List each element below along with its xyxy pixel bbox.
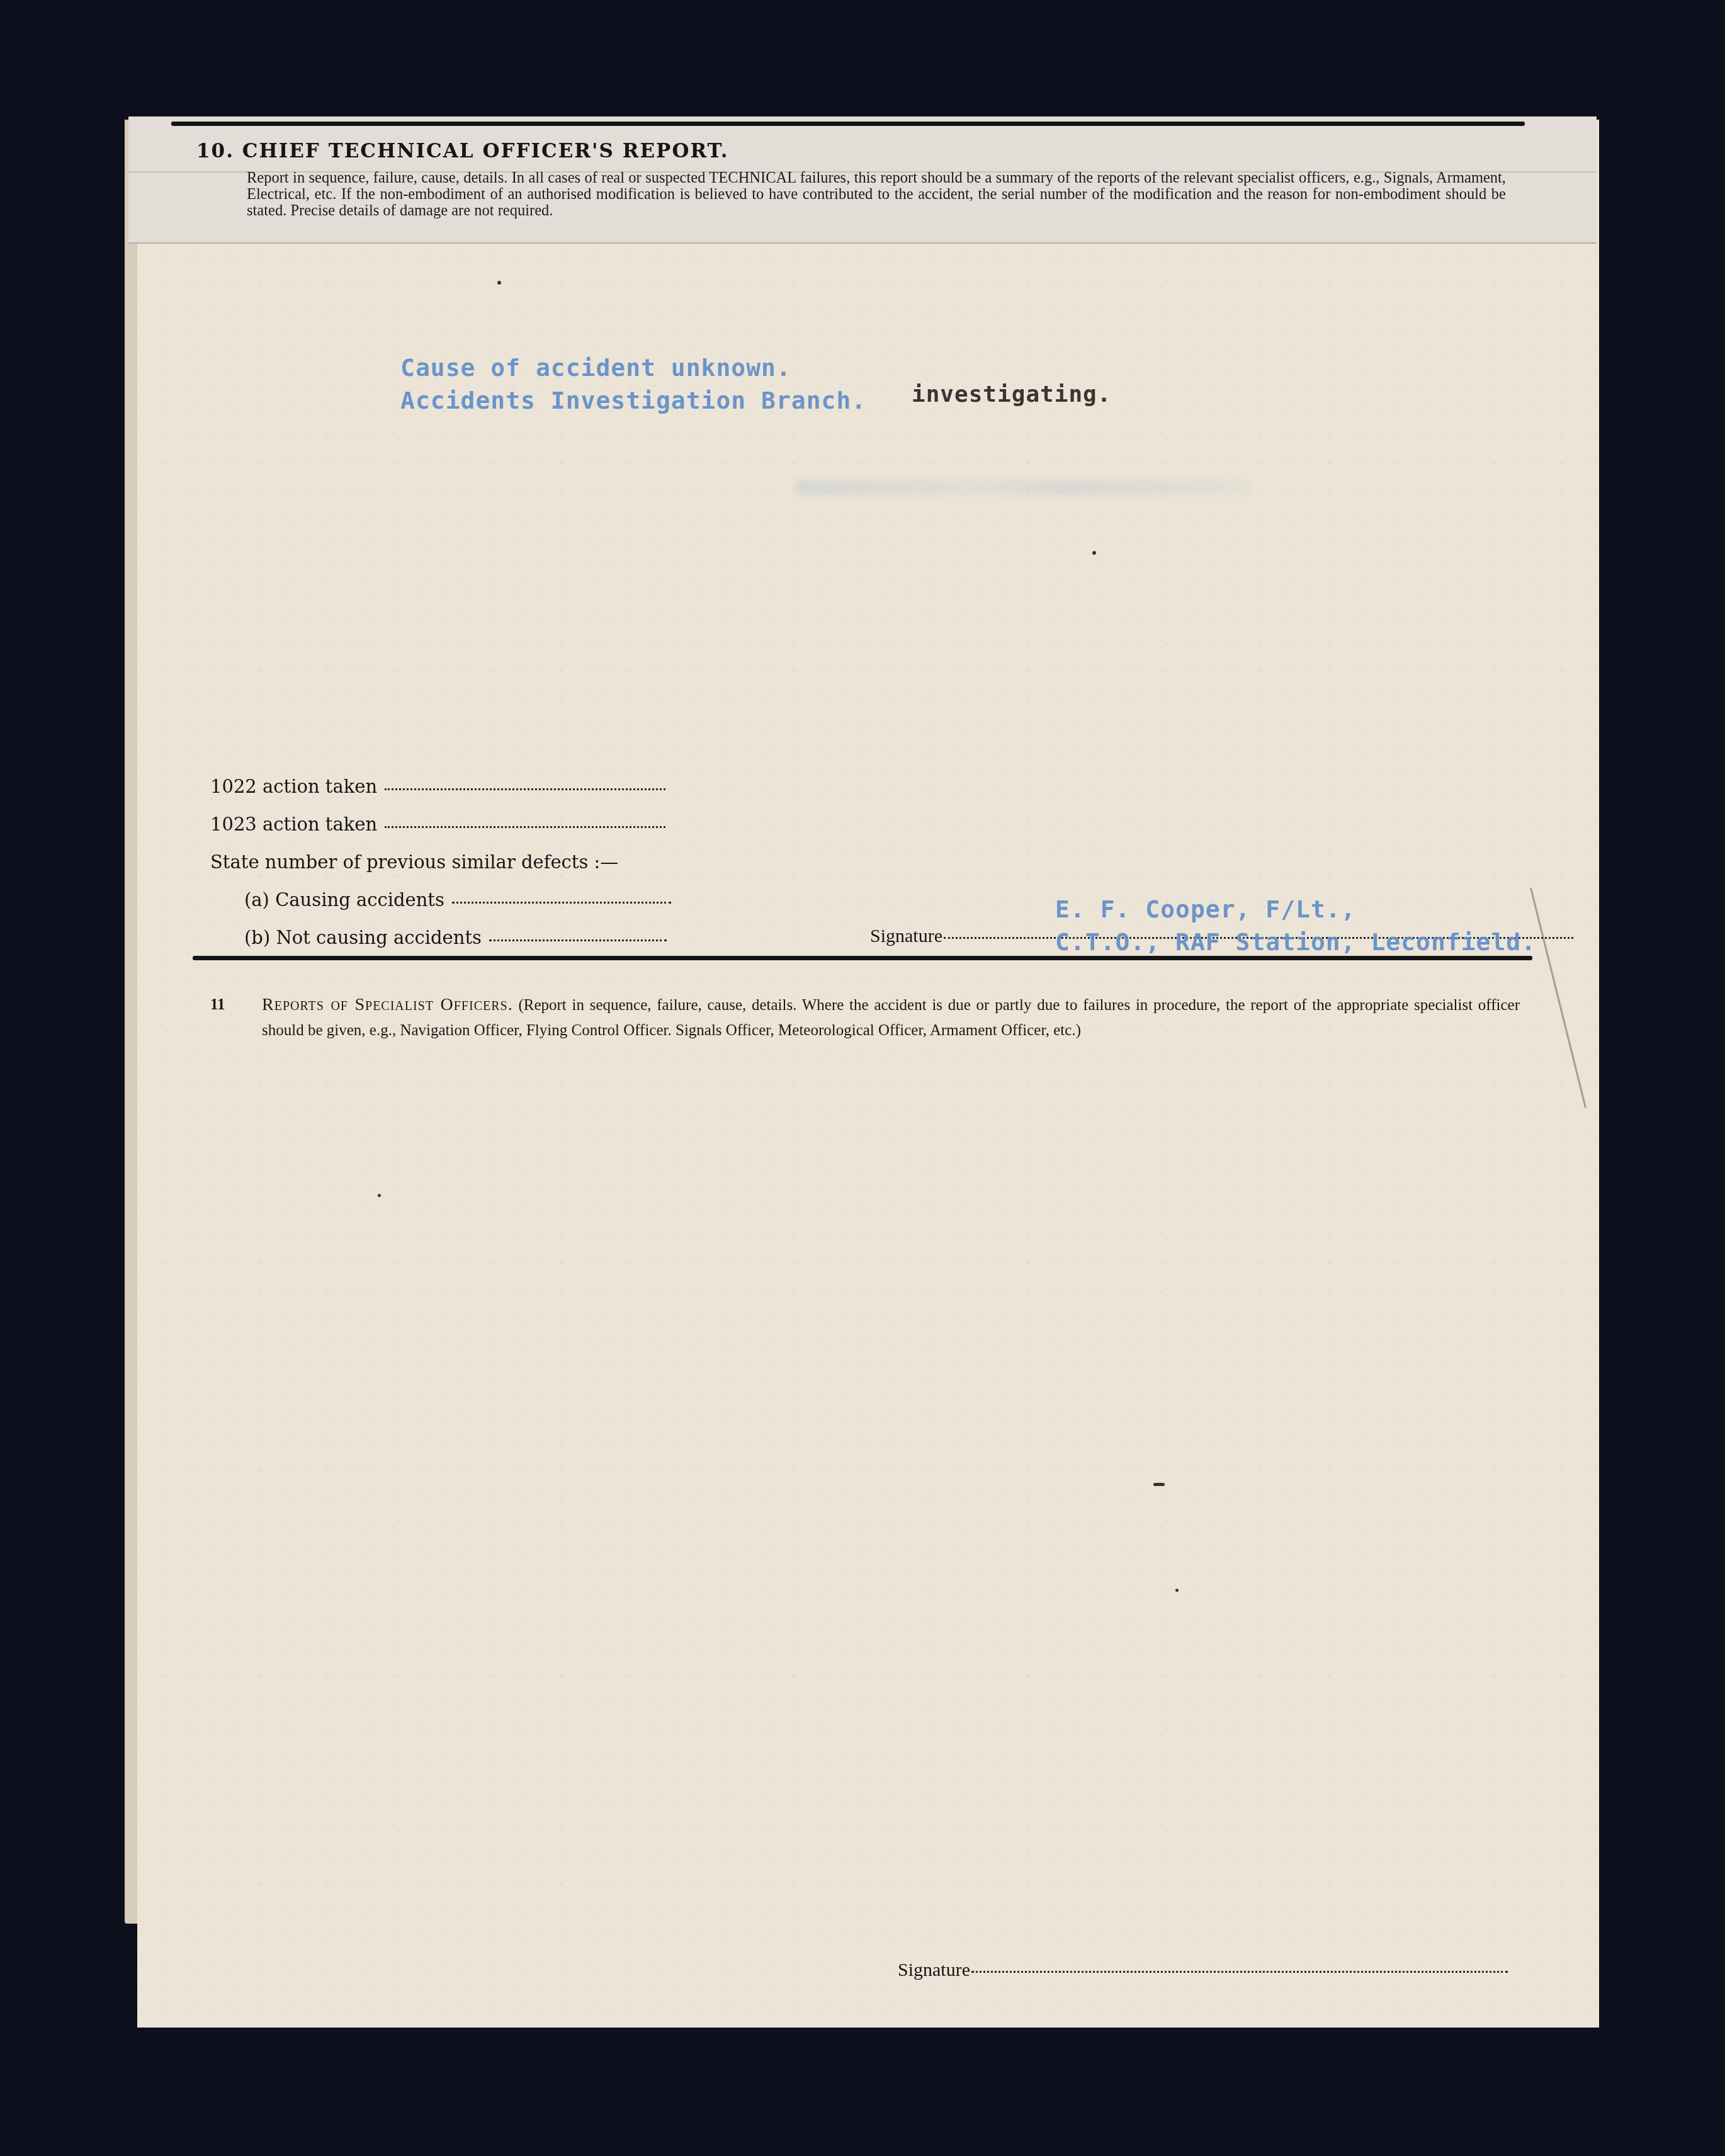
- field-1022-label: 1022 action taken: [210, 776, 377, 797]
- field-causing-accidents[interactable]: (a) Causing accidents: [244, 889, 671, 911]
- section-10-number: 10.: [196, 140, 234, 162]
- field-1023-action[interactable]: 1023 action taken: [210, 814, 665, 835]
- field-1022-input[interactable]: [385, 788, 665, 790]
- typed-cause-line: Cause of accident unknown.: [400, 354, 791, 382]
- signature-label: Signature: [870, 926, 942, 947]
- section-10-instructions: Report in sequence, failure, cause, deta…: [247, 170, 1506, 219]
- paper-speck: [1175, 1589, 1179, 1592]
- not-causing-accidents-input[interactable]: [489, 939, 667, 941]
- causing-accidents-input[interactable]: [452, 902, 671, 904]
- signature-line-2[interactable]: [971, 1971, 1508, 1973]
- causing-accidents-label: (a) Causing accidents: [244, 889, 444, 911]
- paper-speck: [378, 1194, 381, 1197]
- section-10-title: 10. CHIEF TECHNICAL OFFICER'S REPORT.: [196, 140, 728, 162]
- section-11-heading: Reports of Specialist Officers.: [262, 995, 513, 1014]
- faded-erased-typing: [796, 480, 1250, 495]
- section-10-heading: CHIEF TECHNICAL OFFICER'S REPORT.: [242, 140, 729, 162]
- signature-label-2: Signature: [898, 1960, 970, 1981]
- section-divider-rule: [193, 956, 1532, 960]
- not-causing-accidents-label: (b) Not causing accidents: [244, 927, 482, 948]
- paper-speck: [497, 281, 501, 285]
- top-rule: [171, 122, 1525, 126]
- typed-signatory-title: C.T.O., RAF Station, Leconfield.: [1055, 928, 1536, 956]
- section-11-number: 11: [210, 992, 225, 1018]
- field-1023-input[interactable]: [385, 826, 665, 828]
- form-page: [137, 120, 1599, 2028]
- section-11-signature[interactable]: Signature: [898, 1960, 1508, 1981]
- field-not-causing-accidents[interactable]: (b) Not causing accidents: [244, 927, 667, 948]
- paper-speck: [1092, 551, 1096, 555]
- field-1023-label: 1023 action taken: [210, 814, 377, 835]
- typed-investigating: investigating.: [912, 382, 1111, 407]
- section-11: 11 Reports of Specialist Officers. (Repo…: [210, 992, 1520, 1043]
- typed-aib-line: Accidents Investigation Branch.: [400, 387, 866, 414]
- paper-speck: [1153, 1483, 1165, 1486]
- typed-signatory-name: E. F. Cooper, F/Lt.,: [1055, 895, 1356, 923]
- section-11-text: Reports of Specialist Officers. (Report …: [262, 992, 1520, 1043]
- previous-defects-label: State number of previous similar defects…: [210, 851, 618, 873]
- field-1022-action[interactable]: 1022 action taken: [210, 776, 665, 797]
